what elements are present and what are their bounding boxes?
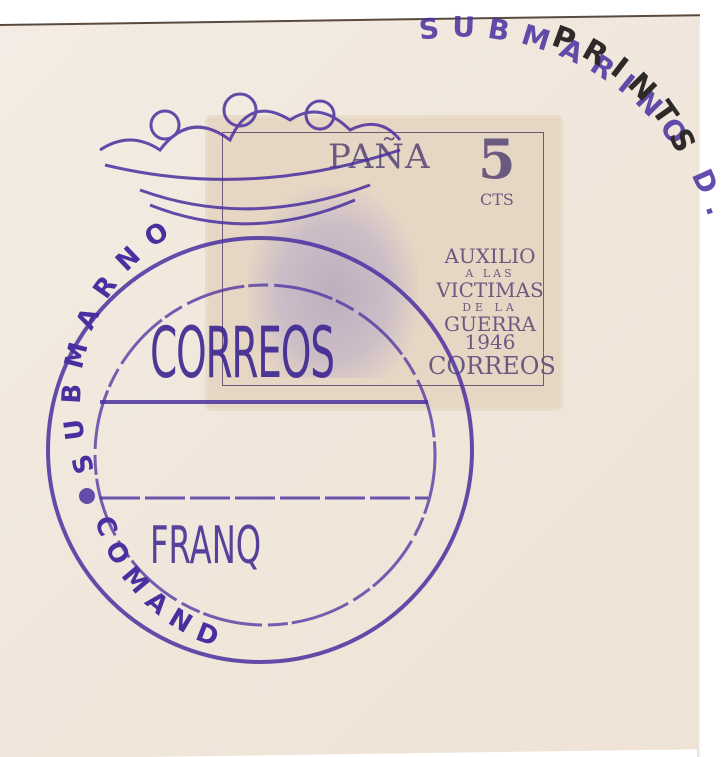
crown-icon — [100, 94, 400, 224]
circular-cancellation: SUBMARNO COMAND — [48, 209, 472, 662]
handstamp: PRINTS — [547, 19, 706, 167]
ink-cachets: SUBMARNO COMAND SUBMARINO D. PRINTS — [0, 0, 725, 757]
cancellation-top-text: SUBMARNO — [57, 209, 186, 477]
svg-text:PRINTS: PRINTS — [547, 19, 706, 167]
